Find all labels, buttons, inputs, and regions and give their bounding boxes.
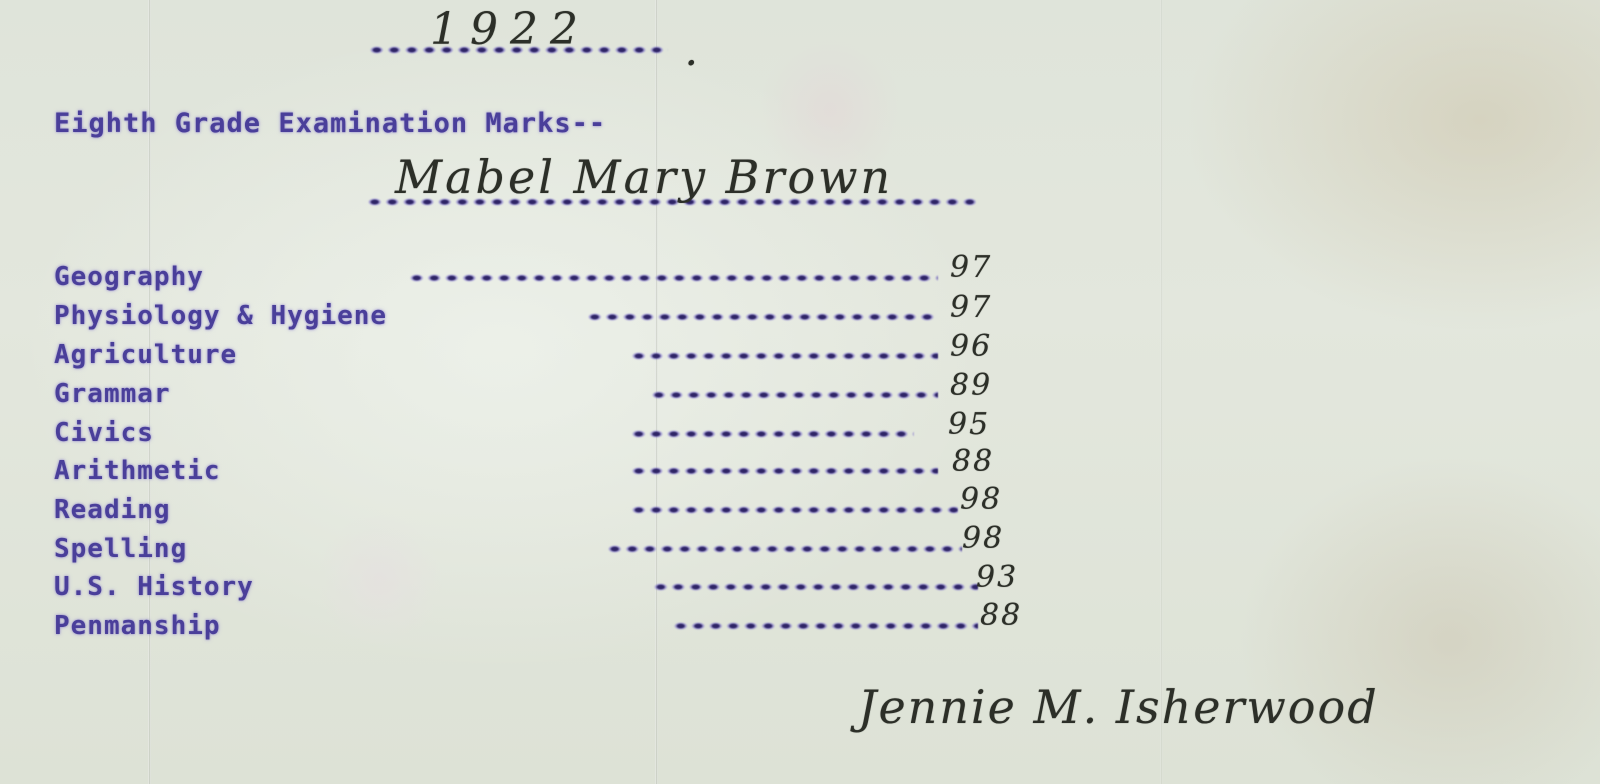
paper-fold-line xyxy=(1160,0,1163,784)
score: 97 xyxy=(950,290,992,325)
subject-label: Arithmetic xyxy=(54,456,221,486)
leader-dots xyxy=(630,467,938,475)
subject-label: Geography xyxy=(54,262,204,292)
subject-label: Physiology & Hygiene xyxy=(54,301,387,331)
leader-dots xyxy=(630,430,914,438)
subject-label: Spelling xyxy=(54,534,187,564)
leader-dots xyxy=(408,274,938,282)
year-period: . xyxy=(686,38,696,73)
score: 97 xyxy=(950,250,992,285)
report-card-paper: 1922 . Eighth Grade Examination Marks-- … xyxy=(0,0,1600,784)
score: 89 xyxy=(950,368,992,403)
leader-dots xyxy=(630,506,958,514)
subject-label: Reading xyxy=(54,495,171,525)
subject-label: Penmanship xyxy=(54,611,221,641)
score: 96 xyxy=(950,329,992,364)
leader-dots xyxy=(650,391,938,399)
document-title: Eighth Grade Examination Marks-- xyxy=(54,108,606,139)
subject-label: Civics xyxy=(54,418,154,448)
score: 95 xyxy=(948,407,990,442)
leader-dots xyxy=(586,313,938,321)
score: 88 xyxy=(952,444,994,479)
student-name: Mabel Mary Brown xyxy=(395,150,893,204)
score: 88 xyxy=(980,598,1022,633)
subject-label: U.S. History xyxy=(54,572,254,602)
subject-label: Agriculture xyxy=(54,340,237,370)
leader-dots xyxy=(606,545,962,553)
score: 93 xyxy=(976,560,1018,595)
score: 98 xyxy=(960,482,1002,517)
score: 98 xyxy=(962,521,1004,556)
teacher-signature: Jennie M. Isherwood xyxy=(858,680,1379,734)
leader-dots xyxy=(630,352,938,360)
leader-dots xyxy=(672,622,978,630)
year: 1922 xyxy=(430,4,590,55)
leader-dots xyxy=(652,583,978,591)
subject-label: Grammar xyxy=(54,379,171,409)
